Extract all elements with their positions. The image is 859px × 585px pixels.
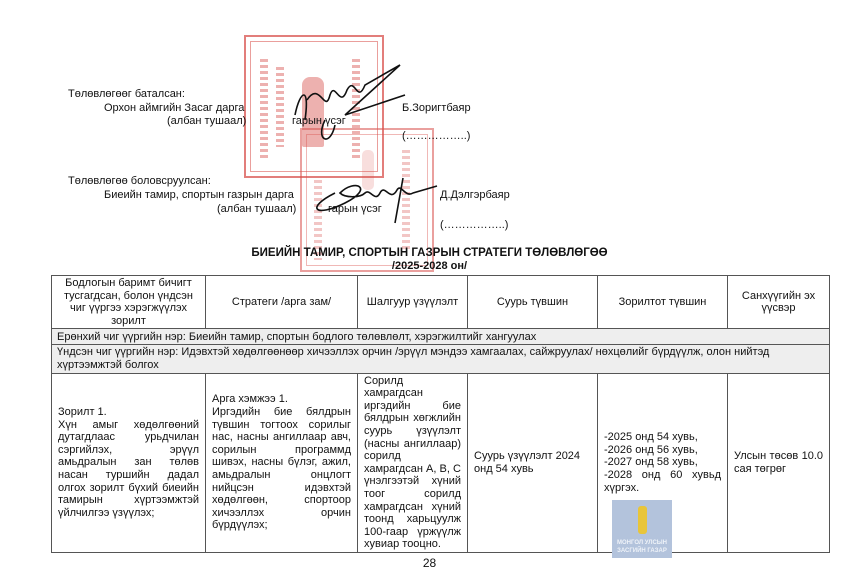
page-number: 28	[0, 556, 859, 570]
watermark-line1: МОНГОЛ УЛСЫН	[612, 540, 672, 547]
header-indicator: Шалгуур үзүүлэлт	[358, 276, 468, 329]
approval-label: Төлөвлөгөөг баталсан:	[68, 88, 185, 101]
header-funding: Санхүүгийн эх үүсвэр	[728, 276, 830, 329]
approver-position: Орхон аймгийн Засаг дарга	[104, 102, 244, 115]
core-function-text: Үндсэн чиг үүргийн нэр: Идэвхтэй хөдөлгө…	[52, 345, 830, 373]
preparer-position-caption: (албан тушаал)	[217, 203, 296, 216]
mongol-script-text	[276, 67, 284, 147]
mongol-script-text	[260, 59, 268, 159]
signature-preparer	[305, 168, 445, 228]
indicator-cell: Сорилд хамрагдсан иргэдийн бие бялдрын х…	[358, 373, 468, 552]
objective-text: Хүн амыг хөдөлгөөний дутагдлаас урьдчила…	[58, 419, 199, 520]
header-target: Зорилтот түвшин	[598, 276, 728, 329]
approver-position-caption: (албан тушаал)	[167, 115, 246, 128]
approver-signature-caption: гарын үсэг	[292, 115, 346, 128]
target-2025: -2025 онд 54 хувь,	[604, 431, 721, 444]
general-function-row: Ерөнхий чиг үүргийн нэр: Биеийн тамир, с…	[52, 329, 830, 345]
baseline-cell: Суурь үзүүлэлт 2024 онд 54 хувь	[468, 373, 598, 552]
general-function-text: Ерөнхий чиг үүргийн нэр: Биеийн тамир, с…	[52, 329, 830, 345]
strategy-cell: Арга хэмжээ 1. Иргэдийн бие бялдрын түвш…	[206, 373, 358, 552]
target-2026: -2026 онд 56 хувь,	[604, 444, 721, 457]
strategy-title: Арга хэмжээ 1.	[212, 393, 351, 406]
strategy-plan-table: Бодлогын баримт бичигт тусгагдсан, болон…	[51, 275, 830, 553]
soyombo-icon	[638, 506, 647, 534]
strategy-text: Иргэдийн бие бялдрын түвшин тогтоох сори…	[212, 406, 351, 532]
header-objective: Бодлогын баримт бичигт тусгагдсан, болон…	[52, 276, 206, 329]
table-header-row: Бодлогын баримт бичигт тусгагдсан, болон…	[52, 276, 830, 329]
government-logo-watermark: МОНГОЛ УЛСЫН ЗАСГИЙН ГАЗАР	[612, 500, 672, 558]
header-strategy: Стратеги /арга зам/	[206, 276, 358, 329]
document-title: БИЕИЙН ТАМИР, СПОРТЫН ГАЗРЫН СТРАТЕГИ ТӨ…	[0, 247, 859, 260]
funding-cell: Улсын төсөв 10.0 сая төгрөг	[728, 373, 830, 552]
signature-approver	[285, 60, 415, 150]
target-2028: -2028 онд 60 хувьд хүргэх.	[604, 469, 721, 494]
preparer-signature-caption: гарын үсэг	[328, 203, 382, 216]
preparer-position: Биеийн тамир, спортын газрын дарга	[104, 189, 294, 202]
core-function-row: Үндсэн чиг үүргийн нэр: Идэвхтэй хөдөлгө…	[52, 345, 830, 373]
table-row: Зорилт 1. Хүн амыг хөдөлгөөний дутагдлаа…	[52, 373, 830, 552]
preparer-name: Д.Дэлгэрбаяр	[440, 189, 510, 202]
target-2027: -2027 онд 58 хувь,	[604, 456, 721, 469]
approver-name-placeholder: (……………..)	[402, 130, 470, 143]
preparer-label: Төлөвлөгөө боловсруулсан:	[68, 175, 211, 188]
document-period: /2025-2028 он/	[0, 260, 859, 273]
objective-title: Зорилт 1.	[58, 406, 199, 419]
approver-name: Б.Зоригтбаяр	[402, 102, 471, 115]
preparer-name-placeholder: (……………..)	[440, 219, 508, 232]
header-baseline: Суурь түвшин	[468, 276, 598, 329]
watermark-line2: ЗАСГИЙН ГАЗАР	[612, 548, 672, 555]
objective-cell: Зорилт 1. Хүн амыг хөдөлгөөний дутагдлаа…	[52, 373, 206, 552]
